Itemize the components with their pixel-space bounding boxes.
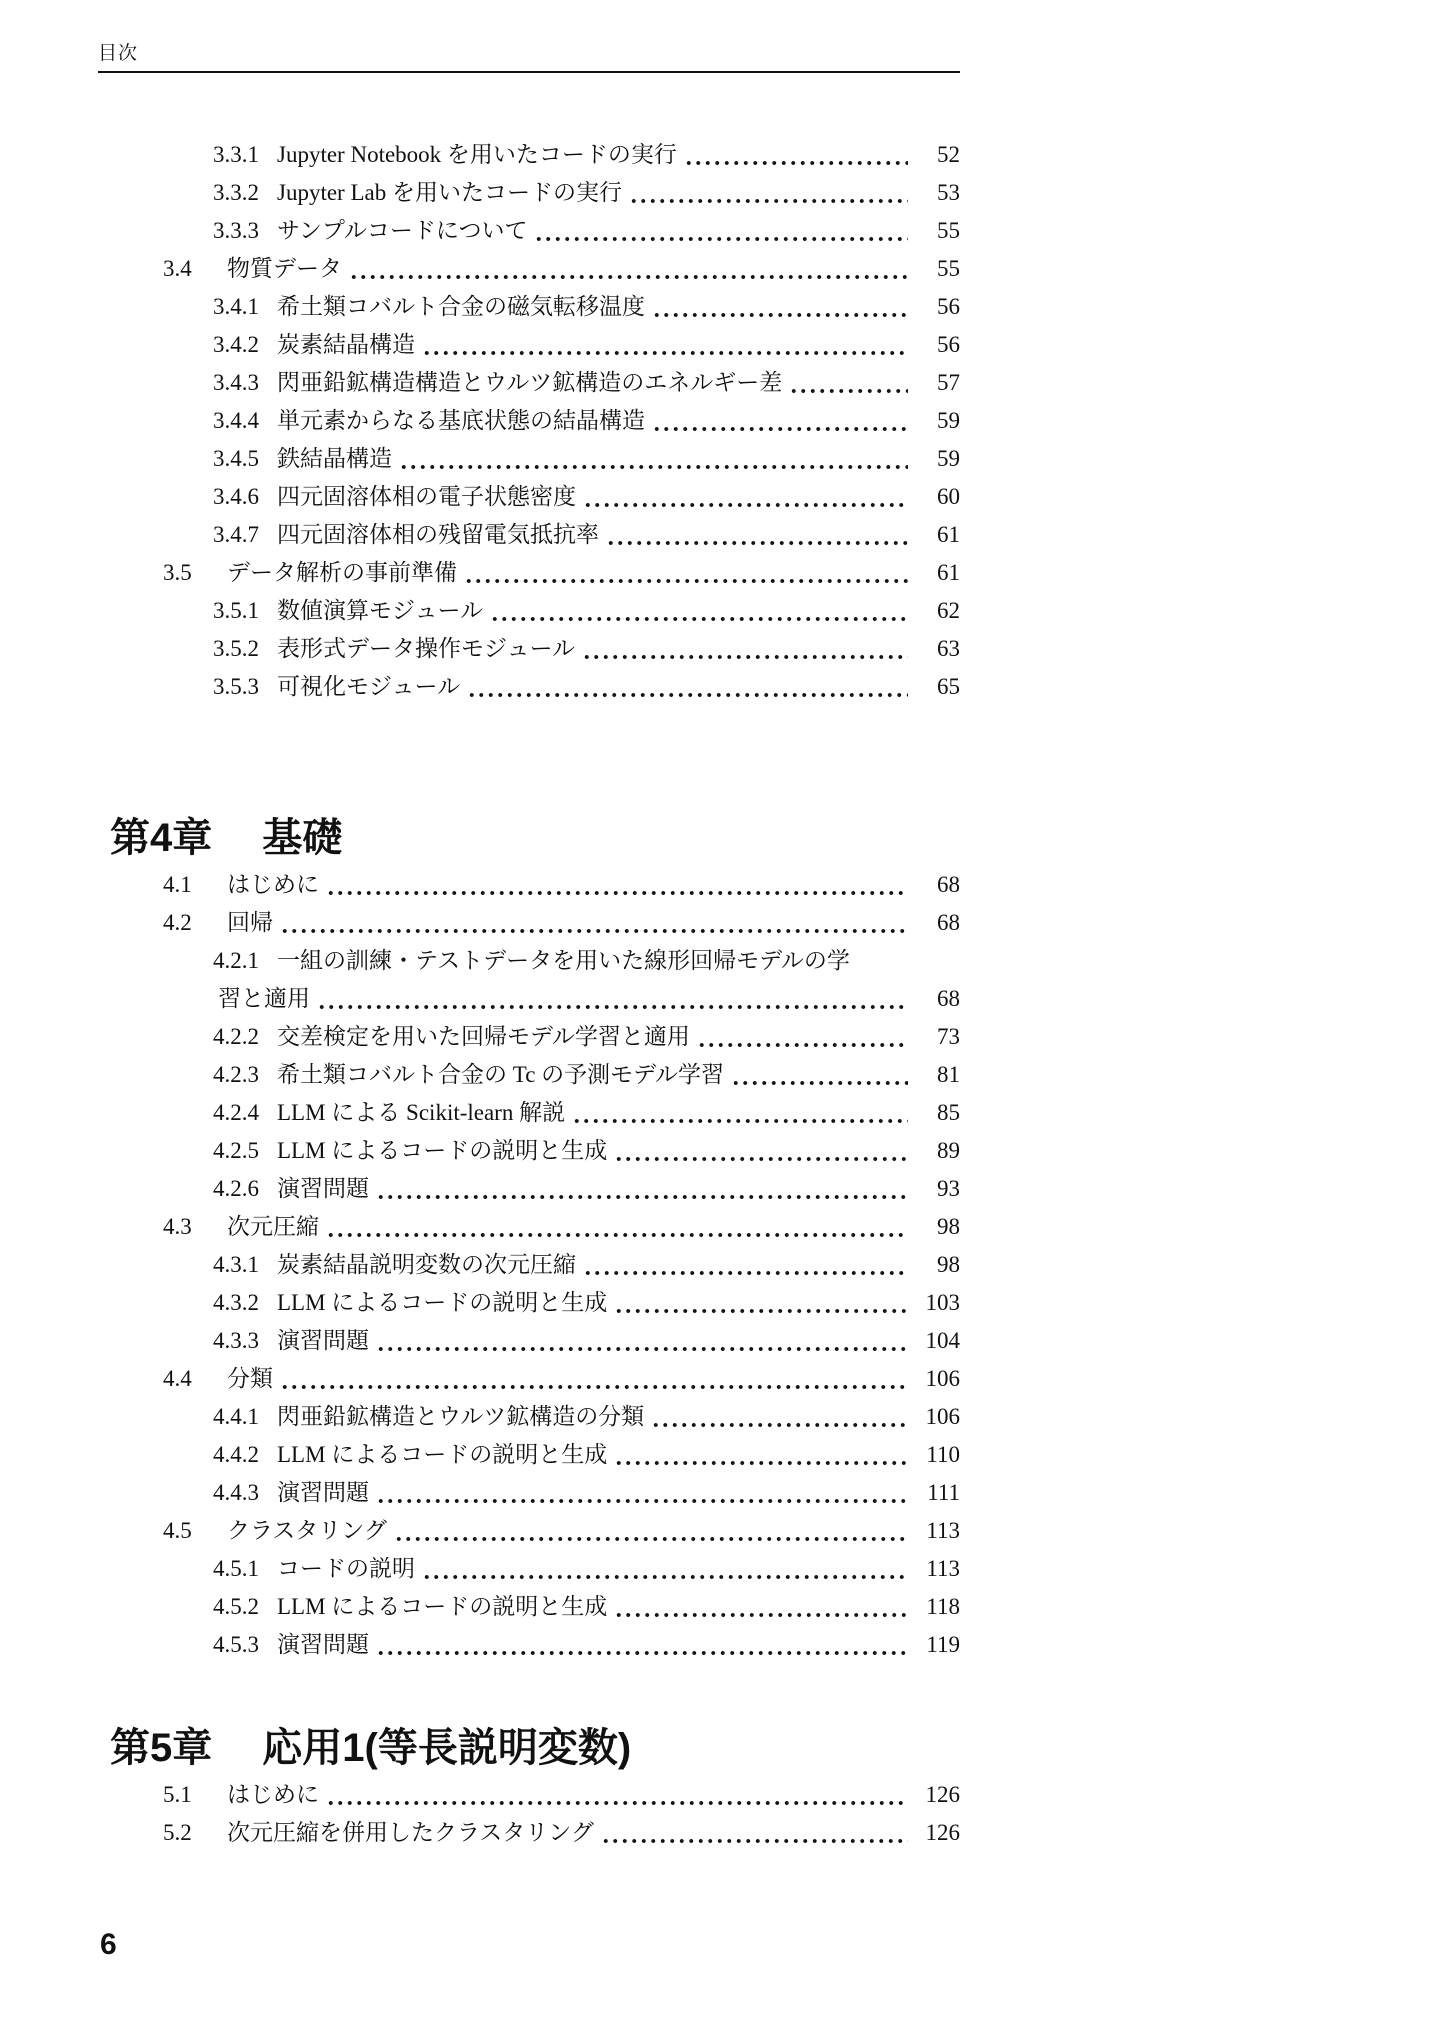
entry-title: 演習問題	[277, 1322, 369, 1360]
entry-number: 4.2.4	[213, 1094, 277, 1132]
entry-title: Jupyter Notebook を用いたコードの実行	[277, 136, 677, 174]
entry-page: 113	[916, 1550, 960, 1588]
dot-leader	[376, 1498, 908, 1504]
entry-page: 119	[916, 1626, 960, 1664]
entry-title: LLM によるコードの説明と生成	[277, 1436, 607, 1474]
dot-leader	[394, 1536, 908, 1542]
entry-page: 126	[916, 1776, 960, 1814]
entry-title: 表形式データ操作モジュール	[277, 630, 575, 668]
dot-leader	[399, 464, 908, 470]
entry-page: 57	[916, 364, 960, 402]
dot-leader	[326, 1800, 908, 1806]
toc-entry: 4.5 クラスタリング 113	[98, 1512, 960, 1550]
entry-title: サンプルコードについて	[277, 212, 527, 250]
dot-leader	[731, 1080, 908, 1086]
chapter-heading: 第4章 基礎	[98, 812, 960, 864]
toc-entry: 3.4 物質データ 55	[98, 250, 960, 288]
dot-leader	[467, 692, 908, 698]
entry-number: 3.4.2	[213, 326, 277, 364]
chapter-label: 第5章	[110, 1722, 212, 1774]
dot-leader	[652, 312, 908, 318]
toc-entry: 3.5.2 表形式データ操作モジュール 63	[98, 630, 960, 668]
entry-number: 3.4.7	[213, 516, 277, 554]
running-head: 目次	[98, 42, 960, 73]
entry-number: 4.5.3	[213, 1626, 277, 1664]
dot-leader	[572, 1118, 908, 1124]
toc-entry: 4.2.6 演習問題 93	[98, 1170, 960, 1208]
toc-entry: 3.3.2 Jupyter Lab を用いたコードの実行 53	[98, 174, 960, 212]
toc-entry: 4.3.1 炭素結晶説明変数の次元圧縮 98	[98, 1246, 960, 1284]
entry-title: 回帰	[227, 904, 273, 942]
toc-entry: 4.3.3 演習問題 104	[98, 1322, 960, 1360]
entry-title: 単元素からなる基底状態の結晶構造	[277, 402, 645, 440]
entry-page: 68	[916, 980, 960, 1018]
dot-leader	[583, 1270, 908, 1276]
dot-leader	[326, 1232, 908, 1238]
entry-page: 53	[916, 174, 960, 212]
toc-entry: 4.4.1 閃亜鉛鉱構造とウルツ鉱構造の分類 106	[98, 1398, 960, 1436]
toc-entry: 4.3 次元圧縮 98	[98, 1208, 960, 1246]
entry-page: 65	[916, 668, 960, 706]
running-head-label: 目次	[98, 43, 138, 64]
toc-entry: 5.1 はじめに 126	[98, 1776, 960, 1814]
dot-leader	[629, 198, 908, 204]
entry-page: 55	[916, 212, 960, 250]
entry-title: コードの説明	[277, 1550, 415, 1588]
entry-page: 60	[916, 478, 960, 516]
toc-entry: 4.4 分類 106	[98, 1360, 960, 1398]
entry-title: LLM による Scikit-learn 解説	[277, 1094, 565, 1132]
toc-entry: 3.5.3 可視化モジュール 65	[98, 668, 960, 706]
entry-page: 55	[916, 250, 960, 288]
toc-page: 目次 3.3.1 Jupyter Notebook を用いたコードの実行 52 …	[0, 0, 1433, 2024]
dot-leader	[651, 1422, 908, 1428]
toc-entry: 3.4.4 単元素からなる基底状態の結晶構造 59	[98, 402, 960, 440]
entry-page: 61	[916, 516, 960, 554]
toc-entry: 3.3.3 サンプルコードについて 55	[98, 212, 960, 250]
entry-number: 4.2.6	[213, 1170, 277, 1208]
entry-page: 106	[916, 1398, 960, 1436]
dot-leader	[317, 1004, 908, 1010]
entry-page: 56	[916, 288, 960, 326]
toc-list: 3.3.1 Jupyter Notebook を用いたコードの実行 52 3.3…	[98, 136, 960, 1852]
dot-leader	[614, 1460, 908, 1466]
dot-leader	[349, 274, 908, 280]
entry-number: 4.5.1	[213, 1550, 277, 1588]
entry-number: 3.4	[163, 250, 227, 288]
entry-title: LLM によるコードの説明と生成	[277, 1284, 607, 1322]
dot-leader	[652, 426, 908, 432]
dot-leader	[583, 502, 908, 508]
entry-page: 126	[916, 1814, 960, 1852]
entry-page: 73	[916, 1018, 960, 1056]
toc-entry: 3.4.5 鉄結晶構造 59	[98, 440, 960, 478]
entry-page: 59	[916, 440, 960, 478]
toc-entry: 習と適用 68	[98, 980, 960, 1018]
toc-entry: 4.2.3 希土類コバルト合金の Tc の予測モデル学習 81	[98, 1056, 960, 1094]
entry-page: 85	[916, 1094, 960, 1132]
dot-leader	[534, 236, 908, 242]
dot-leader	[614, 1156, 908, 1162]
entry-title: LLM によるコードの説明と生成	[277, 1132, 607, 1170]
entry-number: 5.2	[163, 1814, 227, 1852]
entry-title: はじめに	[227, 1776, 319, 1814]
entry-number: 5.1	[163, 1776, 227, 1814]
entry-page: 103	[916, 1284, 960, 1322]
entry-title: 演習問題	[277, 1474, 369, 1512]
entry-page: 113	[916, 1512, 960, 1550]
chapter-heading: 第5章 応用1(等長説明変数)	[98, 1722, 960, 1774]
entry-number: 4.4	[163, 1360, 227, 1398]
entry-page: 61	[916, 554, 960, 592]
entry-number: 3.4.5	[213, 440, 277, 478]
dot-leader	[789, 388, 908, 394]
entry-title: LLM によるコードの説明と生成	[277, 1588, 607, 1626]
entry-page: 81	[916, 1056, 960, 1094]
toc-entry: 4.5.1 コードの説明 113	[98, 1550, 960, 1588]
entry-page: 59	[916, 402, 960, 440]
entry-title: 閃亜鉛鉱構造構造とウルツ鉱構造のエネルギー差	[277, 364, 782, 402]
entry-number: 4.3.1	[213, 1246, 277, 1284]
toc-entry: 3.4.6 四元固溶体相の電子状態密度 60	[98, 478, 960, 516]
entry-number: 3.3.3	[213, 212, 277, 250]
dot-leader	[376, 1194, 908, 1200]
dot-leader	[326, 890, 908, 896]
entry-page: 93	[916, 1170, 960, 1208]
entry-title: 炭素結晶構造	[277, 326, 415, 364]
entry-number: 4.2.1	[213, 942, 277, 980]
toc-entry: 4.5.3 演習問題 119	[98, 1626, 960, 1664]
toc-entry: 3.5 データ解析の事前準備 61	[98, 554, 960, 592]
entry-number: 3.3.2	[213, 174, 277, 212]
toc-entry: 3.4.2 炭素結晶構造 56	[98, 326, 960, 364]
dot-leader	[422, 350, 908, 356]
entry-number: 4.2.5	[213, 1132, 277, 1170]
entry-number: 4.4.1	[213, 1398, 277, 1436]
dot-leader	[614, 1612, 908, 1618]
toc-entry: 4.2.1 一組の訓練・テストデータを用いた線形回帰モデルの学	[98, 942, 960, 980]
entry-title: 物質データ	[227, 250, 342, 288]
toc-entry: 3.4.7 四元固溶体相の残留電気抵抗率 61	[98, 516, 960, 554]
entry-title: クラスタリング	[227, 1512, 387, 1550]
toc-entry: 4.4.3 演習問題 111	[98, 1474, 960, 1512]
entry-title: 一組の訓練・テストデータを用いた線形回帰モデルの学	[277, 942, 850, 980]
entry-title: 分類	[227, 1360, 273, 1398]
entry-number: 3.5	[163, 554, 227, 592]
entry-number: 3.3.1	[213, 136, 277, 174]
dot-leader	[684, 160, 908, 166]
entry-page: 63	[916, 630, 960, 668]
entry-number: 4.3.2	[213, 1284, 277, 1322]
dot-leader	[280, 1384, 908, 1390]
chapter-label: 第4章	[110, 812, 212, 864]
entry-page: 52	[916, 136, 960, 174]
entry-number: 3.4.1	[213, 288, 277, 326]
toc-entry: 4.2.5 LLM によるコードの説明と生成 89	[98, 1132, 960, 1170]
dot-leader	[464, 578, 908, 584]
entry-page: 104	[916, 1322, 960, 1360]
entry-title: 四元固溶体相の残留電気抵抗率	[277, 516, 599, 554]
toc-entry: 3.5.1 数値演算モジュール 62	[98, 592, 960, 630]
entry-number: 3.4.6	[213, 478, 277, 516]
dot-leader	[376, 1650, 908, 1656]
toc-entry: 5.2 次元圧縮を併用したクラスタリング 126	[98, 1814, 960, 1852]
entry-page: 98	[916, 1208, 960, 1246]
entry-page: 98	[916, 1246, 960, 1284]
dot-leader	[376, 1346, 908, 1352]
dot-leader	[280, 928, 908, 934]
chapter-title: 応用1(等長説明変数)	[262, 1722, 631, 1774]
toc-entry: 4.2.2 交差検定を用いた回帰モデル学習と適用 73	[98, 1018, 960, 1056]
entry-title: 閃亜鉛鉱構造とウルツ鉱構造の分類	[277, 1398, 644, 1436]
dot-leader	[422, 1574, 908, 1580]
entry-title: 次元圧縮	[227, 1208, 319, 1246]
entry-title: 炭素結晶説明変数の次元圧縮	[277, 1246, 576, 1284]
folio-page-number: 6	[100, 1928, 117, 1962]
entry-page: 68	[916, 904, 960, 942]
entry-title: 習と適用	[218, 980, 310, 1018]
entry-title: Jupyter Lab を用いたコードの実行	[277, 174, 622, 212]
entry-number: 3.5.2	[213, 630, 277, 668]
entry-number: 3.4.4	[213, 402, 277, 440]
dot-leader	[490, 616, 908, 622]
entry-page: 56	[916, 326, 960, 364]
entry-title: 演習問題	[277, 1170, 369, 1208]
entry-number: 3.4.3	[213, 364, 277, 402]
entry-number: 4.4.2	[213, 1436, 277, 1474]
entry-number: 4.2	[163, 904, 227, 942]
dot-leader	[601, 1838, 908, 1844]
toc-entry: 4.2 回帰 68	[98, 904, 960, 942]
toc-entry: 4.4.2 LLM によるコードの説明と生成 110	[98, 1436, 960, 1474]
dot-leader	[614, 1308, 908, 1314]
entry-title: 次元圧縮を併用したクラスタリング	[227, 1814, 594, 1852]
toc-entry: 4.5.2 LLM によるコードの説明と生成 118	[98, 1588, 960, 1626]
entry-title: 希土類コバルト合金の磁気転移温度	[277, 288, 645, 326]
toc-entry: 4.1 はじめに 68	[98, 866, 960, 904]
toc-entry: 4.2.4 LLM による Scikit-learn 解説 85	[98, 1094, 960, 1132]
chapter-title: 基礎	[262, 812, 342, 864]
entry-number: 4.5	[163, 1512, 227, 1550]
entry-number: 4.3	[163, 1208, 227, 1246]
entry-page: 68	[916, 866, 960, 904]
entry-number: 4.1	[163, 866, 227, 904]
entry-page: 89	[916, 1132, 960, 1170]
dot-leader	[582, 654, 908, 660]
toc-entry: 3.4.3 閃亜鉛鉱構造構造とウルツ鉱構造のエネルギー差 57	[98, 364, 960, 402]
entry-number: 4.5.2	[213, 1588, 277, 1626]
entry-page: 106	[916, 1360, 960, 1398]
entry-number: 4.2.3	[213, 1056, 277, 1094]
entry-number: 4.4.3	[213, 1474, 277, 1512]
toc-entry: 4.3.2 LLM によるコードの説明と生成 103	[98, 1284, 960, 1322]
entry-page: 110	[916, 1436, 960, 1474]
entry-title: 四元固溶体相の電子状態密度	[277, 478, 576, 516]
entry-page: 118	[916, 1588, 960, 1626]
entry-title: 希土類コバルト合金の Tc の予測モデル学習	[277, 1056, 724, 1094]
entry-title: はじめに	[227, 866, 319, 904]
entry-number: 3.5.3	[213, 668, 277, 706]
dot-leader	[606, 540, 908, 546]
entry-title: 鉄結晶構造	[277, 440, 392, 478]
entry-title: データ解析の事前準備	[227, 554, 457, 592]
toc-entry: 3.3.1 Jupyter Notebook を用いたコードの実行 52	[98, 136, 960, 174]
entry-title: 可視化モジュール	[277, 668, 460, 706]
entry-number: 4.2.2	[213, 1018, 277, 1056]
entry-title: 演習問題	[277, 1626, 369, 1664]
entry-number: 3.5.1	[213, 592, 277, 630]
entry-page: 111	[916, 1474, 960, 1512]
entry-title: 交差検定を用いた回帰モデル学習と適用	[277, 1018, 690, 1056]
toc-entry: 3.4.1 希土類コバルト合金の磁気転移温度 56	[98, 288, 960, 326]
entry-page: 62	[916, 592, 960, 630]
entry-title: 数値演算モジュール	[277, 592, 483, 630]
entry-number: 4.3.3	[213, 1322, 277, 1360]
dot-leader	[697, 1042, 908, 1048]
